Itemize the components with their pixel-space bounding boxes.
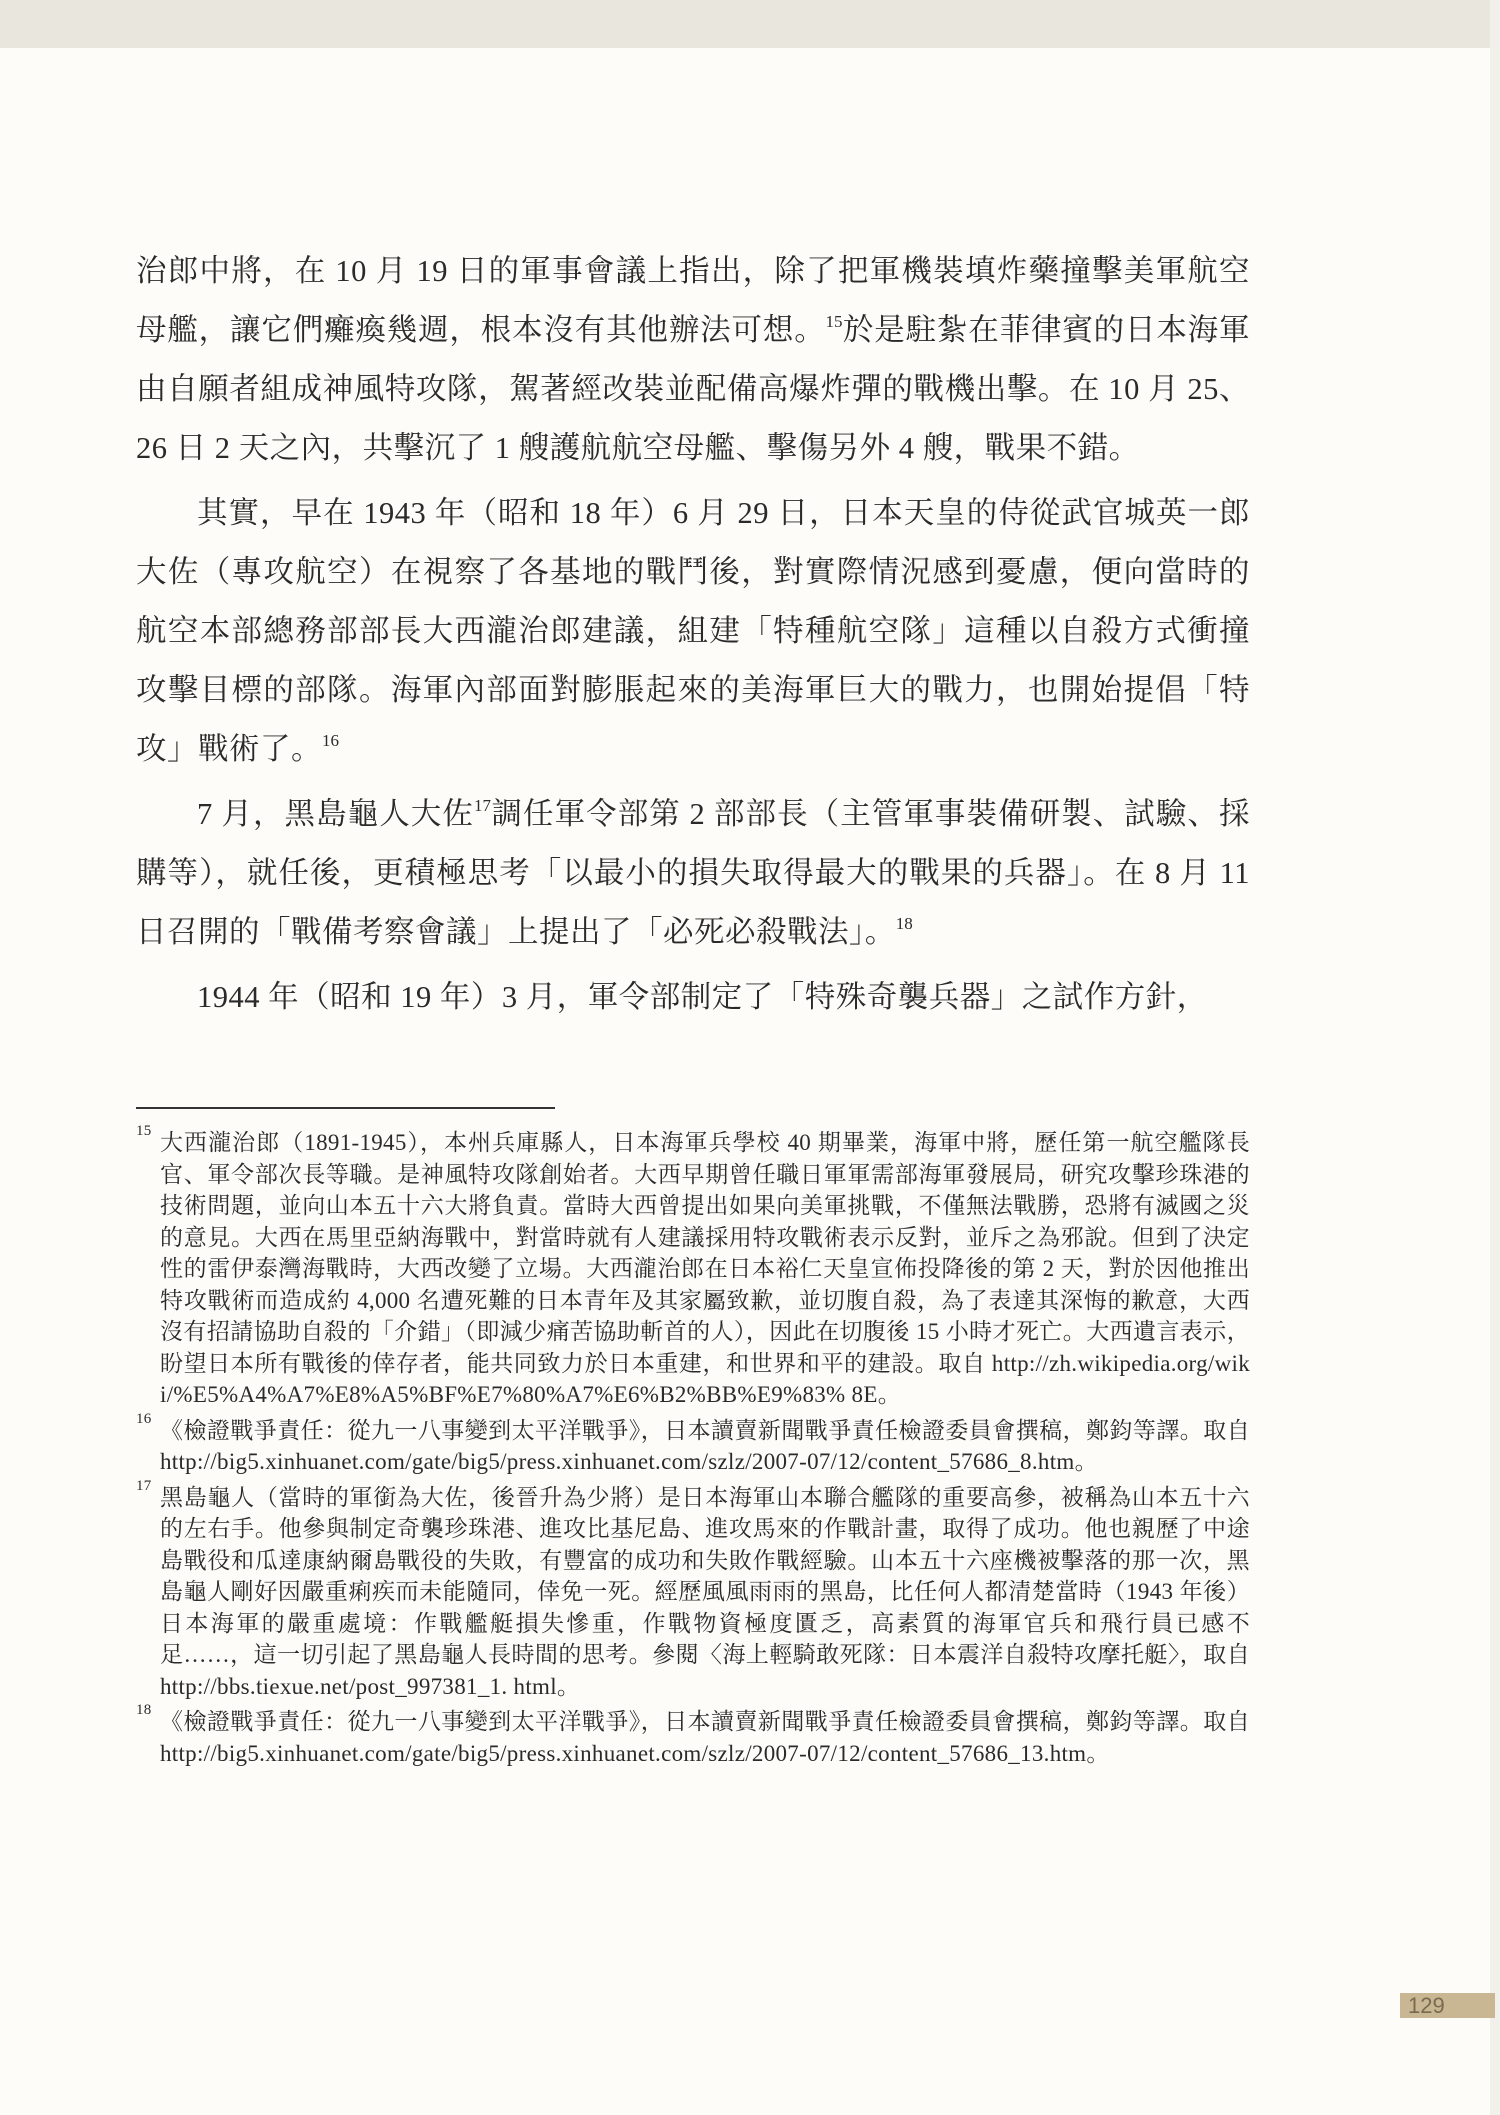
- footnote-ref-16[interactable]: 16: [322, 731, 339, 750]
- footnote-15: 15 大西瀧治郎（1891-1945），本州兵庫縣人，日本海軍兵學校 40 期畢…: [136, 1127, 1250, 1411]
- footnote-number: 15: [136, 1121, 152, 1141]
- scan-top-band: [0, 0, 1490, 48]
- footnote-text: 大西瀧治郎（1891-1945），本州兵庫縣人，日本海軍兵學校 40 期畢業，海…: [160, 1130, 1250, 1376]
- footnotes: 15 大西瀧治郎（1891-1945），本州兵庫縣人，日本海軍兵學校 40 期畢…: [136, 1127, 1250, 1773]
- paragraph-3-text-1: 7 月，黑島龜人大佐: [197, 797, 474, 831]
- footnote-link[interactable]: http://big5.xinhuanet.com/gate/big5/pres…: [160, 1449, 1075, 1474]
- footnote-ref-15[interactable]: 15: [826, 312, 843, 331]
- paragraph-2: 其實，早在 1943 年（昭和 18 年）6 月 29 日，日本天皇的侍從武官城…: [136, 484, 1250, 779]
- footnote-tail: 。: [557, 1674, 580, 1699]
- footnote-tail: 。: [1086, 1741, 1109, 1766]
- footnote-text: 《檢證戰爭責任：從九一八事變到太平洋戰爭》，日本讀賣新聞戰爭責任檢證委員會撰稿，…: [160, 1418, 1250, 1443]
- main-text: 治郎中將，在 10 月 19 日的軍事會議上指出，除了把軍機裝填炸藥撞擊美軍航空…: [136, 242, 1250, 1033]
- paragraph-3: 7 月，黑島龜人大佐17調任軍令部第 2 部部長（主管軍事裝備研製、試驗、採購等…: [136, 785, 1250, 962]
- scan-right-edge: [1490, 0, 1500, 2115]
- footnote-16: 16 《檢證戰爭責任：從九一八事變到太平洋戰爭》，日本讀賣新聞戰爭責任檢證委員會…: [136, 1415, 1250, 1478]
- footnote-18: 18 《檢證戰爭責任：從九一八事變到太平洋戰爭》，日本讀賣新聞戰爭責任檢證委員會…: [136, 1706, 1250, 1769]
- page-number: 129: [1400, 1993, 1495, 2018]
- paragraph-4: 1944 年（昭和 19 年）3 月，軍令部制定了「特殊奇襲兵器」之試作方針，: [136, 968, 1250, 1027]
- footnote-number: 16: [136, 1409, 152, 1429]
- footnote-tail: 。: [878, 1382, 901, 1407]
- paragraph-4-text-1: 1944 年（昭和 19 年）3 月，軍令部制定了「特殊奇襲兵器」之試作方針，: [197, 980, 1208, 1014]
- paragraph-2-text-1: 其實，早在 1943 年（昭和 18 年）6 月 29 日，日本天皇的侍從武官城…: [136, 496, 1250, 766]
- footnote-ref-18[interactable]: 18: [896, 914, 913, 933]
- footnote-ref-17[interactable]: 17: [474, 796, 491, 815]
- footnote-number: 17: [136, 1476, 152, 1496]
- footnote-link[interactable]: http://bbs.tiexue.net/post_997381_1. htm…: [160, 1674, 557, 1699]
- footnote-separator: [136, 1107, 555, 1109]
- footnote-tail: 。: [1075, 1449, 1098, 1474]
- footnote-number: 18: [136, 1700, 152, 1720]
- footnote-text: 黑島龜人（當時的軍銜為大佐，後晉升為少將）是日本海軍山本聯合艦隊的重要高參，被稱…: [160, 1485, 1250, 1668]
- footnote-link[interactable]: http://big5.xinhuanet.com/gate/big5/pres…: [160, 1741, 1086, 1766]
- footnote-17: 17 黑島龜人（當時的軍銜為大佐，後晉升為少將）是日本海軍山本聯合艦隊的重要高參…: [136, 1482, 1250, 1703]
- paragraph-1: 治郎中將，在 10 月 19 日的軍事會議上指出，除了把軍機裝填炸藥撞擊美軍航空…: [136, 242, 1250, 478]
- footnote-text: 《檢證戰爭責任：從九一八事變到太平洋戰爭》，日本讀賣新聞戰爭責任檢證委員會撰稿，…: [160, 1709, 1250, 1734]
